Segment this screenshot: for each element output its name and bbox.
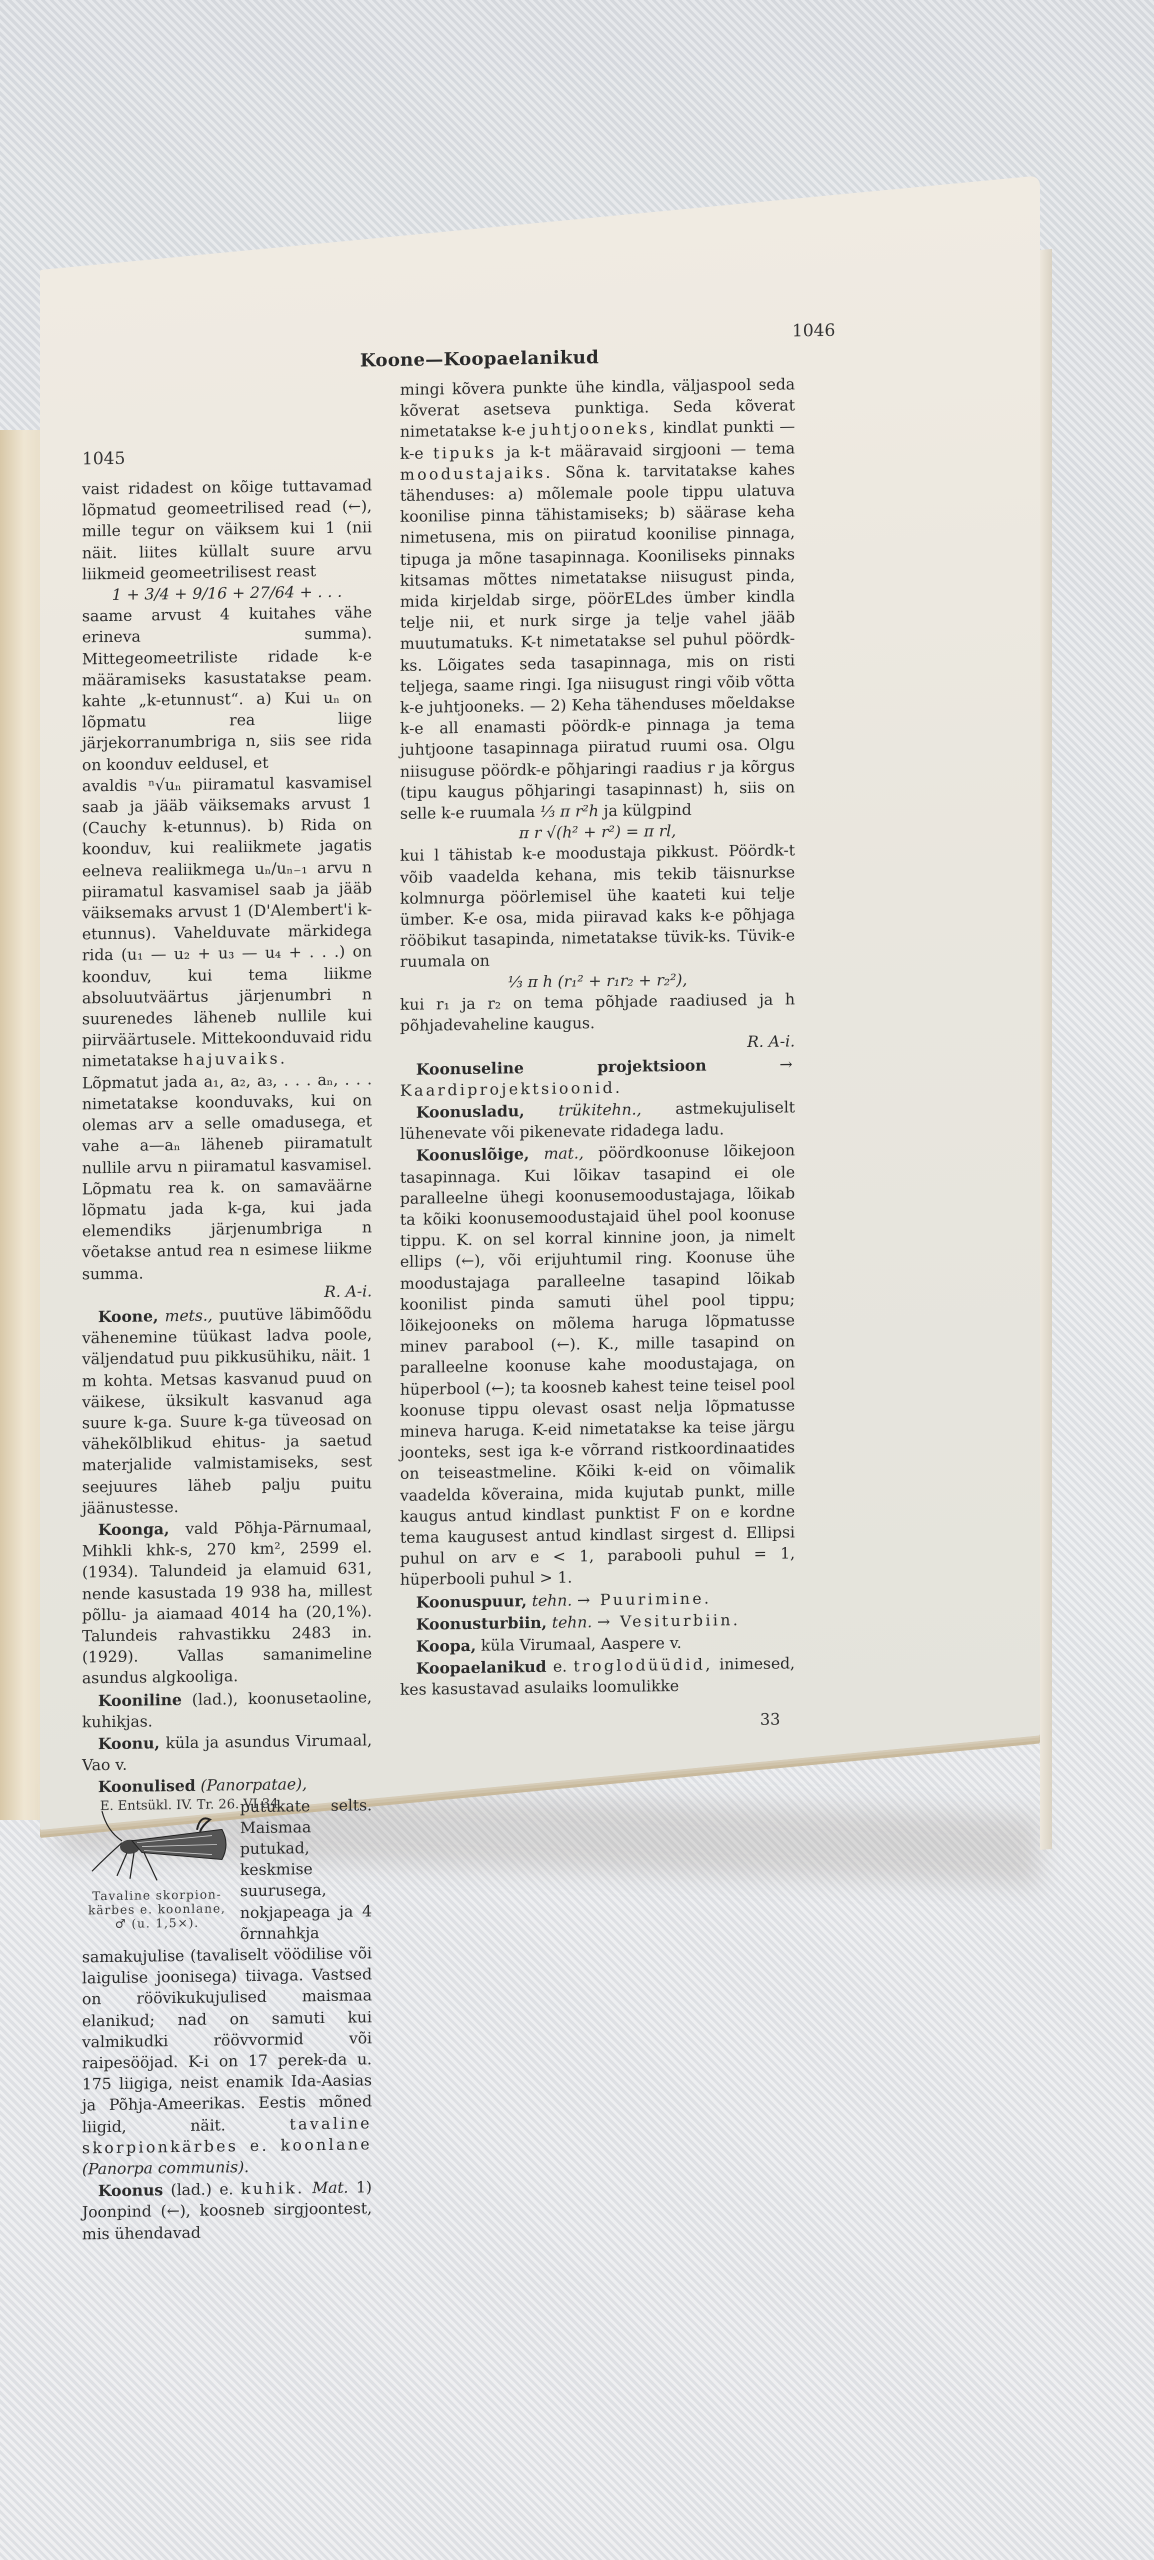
headword: Koopa, <box>416 1636 476 1656</box>
footer-imprint: E. Entsükl. IV. Tr. 26. VI 34. <box>100 1797 283 1815</box>
headword: Koonu, <box>98 1733 160 1753</box>
entry-koonuseline-projektsioon: Koonuseline projektsioon → Kaardiprojekt… <box>400 1053 795 1102</box>
headword: Koonusladu, <box>416 1101 525 1122</box>
headword: Koonuseline projektsioon <box>416 1055 707 1078</box>
figure-caption: Tavaline skorpion- kärbes e. koonlane, ♂… <box>82 1887 232 1931</box>
entry-koone: Koone, mets., puutüve läbimõõdu vähenemi… <box>82 1302 372 1519</box>
cross-reference: → Vesiturbiin. <box>597 1611 740 1631</box>
scorpionfly-illustration: Tavaline skorpion- kärbes e. koonlane, ♂… <box>82 1799 232 1931</box>
entry-koonus: Koonus (lad.) e. kuhik. Mat. 1) Joonpind… <box>82 2177 372 2246</box>
page-number-right: 1046 <box>792 321 835 342</box>
running-head: Koone—Koopaelanikud <box>360 347 599 371</box>
entry-koonga: Koonga, vald Põhja-Pärnumaal, Mihkli khk… <box>82 1515 372 1690</box>
headword: Koone, <box>98 1306 158 1326</box>
headword: Kooniline <box>98 1690 182 1710</box>
paragraph: avaldis ⁿ√uₙ piiramatul kasvamisel saab … <box>82 772 372 1073</box>
page-content: 1046 Koone—Koopaelanikud 1045 vaist rida… <box>40 256 1040 1830</box>
signature-number: 33 <box>760 1710 780 1729</box>
entry-koopaelanikud: Koopaelanikud e. troglodüüdid, inimesed,… <box>400 1653 795 1702</box>
page-stack-edge <box>1040 249 1052 1850</box>
headword: Koonusturbiin, <box>416 1613 547 1634</box>
headword: Koonuspuur, <box>416 1591 527 1612</box>
paragraph: kui r₁ ja r₂ on tema põhjade raadiused j… <box>400 989 795 1037</box>
entry-koonu: Koonu, küla ja asundus Virumaal, Vao v. <box>82 1729 372 1776</box>
left-column: vaist ridadest on kõige tuttavamad lõpma… <box>82 475 372 2245</box>
entry-koonusladu: Koonusladu, trükitehn., astmekujuliselt … <box>400 1096 795 1145</box>
paragraph: vaist ridadest on kõige tuttavamad lõpma… <box>82 475 372 585</box>
page-number-left: 1045 <box>82 449 125 470</box>
paragraph: Lõpmatut jada a₁, a₂, a₃, . . . aₙ, . . … <box>82 1069 372 1285</box>
paragraph: saame arvust 4 kuitahes vähe erineva sum… <box>82 603 372 777</box>
paragraph: kui l tähistab k-e moodustaja pikkust. P… <box>400 841 795 974</box>
headword: Koonga, <box>98 1519 169 1539</box>
formula-cone-volume: ⅓ π r²h <box>540 802 599 821</box>
left-page-edge <box>0 430 42 1820</box>
entry-kooniline: Kooniline (lad.), koonusetaoline, kuhikj… <box>82 1686 372 1733</box>
right-column: mingi kõvera punkte ühe kindla, väljaspo… <box>400 374 795 1701</box>
entry-koonuslõige: Koonuslõige, mat., pöördkoonuse lõikejoo… <box>400 1140 795 1592</box>
encyclopedia-page: 1046 Koone—Koopaelanikud 1045 vaist rida… <box>40 175 1040 1830</box>
paragraph: mingi kõvera punkte ühe kindla, väljaspo… <box>400 374 795 825</box>
headword: Koonus <box>98 2181 163 2201</box>
spaced-term: hajuvaiks. <box>183 1050 287 1069</box>
headword: Koopaelanikud <box>416 1657 547 1678</box>
headword: Koonulised <box>98 1776 196 1796</box>
cross-reference: → Puurimine. <box>577 1589 711 1609</box>
headword: Koonuslõige, <box>416 1144 529 1165</box>
